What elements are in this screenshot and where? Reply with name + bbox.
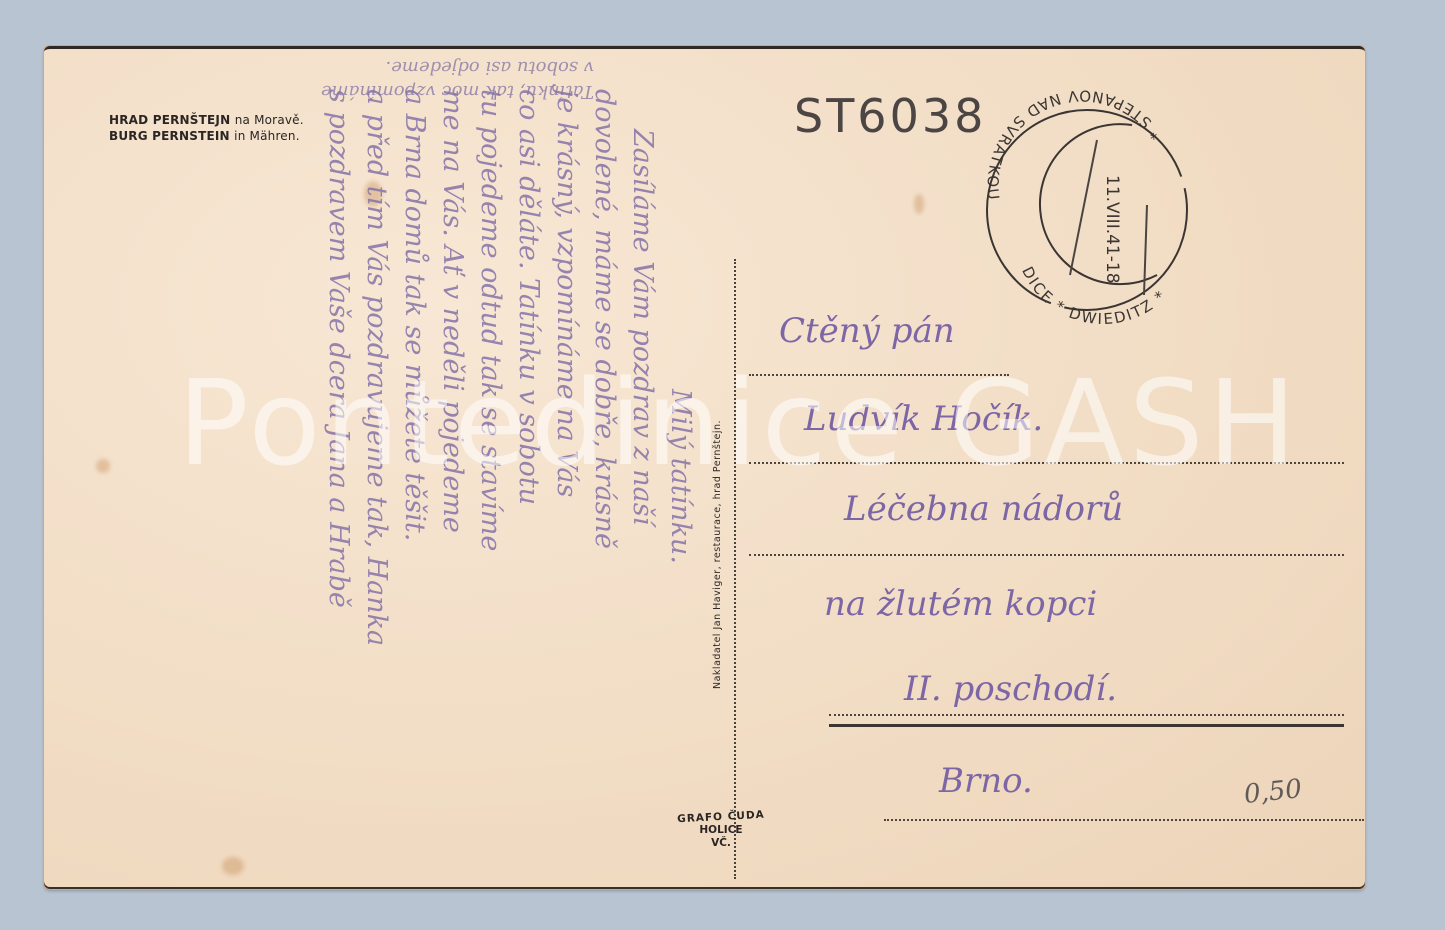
postmark-icon: * STEPANOV NAD SVRATKOU DICE * DWIEDITZ … [982,105,1192,315]
stock-number: ST6038 [794,89,986,143]
address-dotted-line [884,819,1364,821]
price-note: 0,50 [1243,774,1304,810]
address-street: na žlutém kopci [824,584,1097,624]
address-floor: II. poschodí. [904,669,1117,709]
svg-text:* STEPANOV NAD SVRATKOU: * STEPANOV NAD SVRATKOU [984,87,1166,203]
vertical-divider [734,259,736,879]
address-dotted-line [829,714,1344,716]
address-salutation: Ctěný pán [779,311,955,351]
svg-text:DICE * DWIEDITZ *: DICE * DWIEDITZ * [1018,264,1170,328]
address-city: Brno. [939,761,1033,801]
address-dotted-line [749,554,1344,556]
postmark-date: 11.VIII.41-18 [1102,175,1122,284]
postmark-stamp: * STEPANOV NAD SVRATKOU DICE * DWIEDITZ … [982,105,1192,315]
watermark: Pontedinice GASH [94,354,1365,492]
stain [914,194,924,214]
printer-region: VČ. [656,837,786,850]
note-line: v sobotu asi odjedeme. [124,55,594,79]
postcard-back: HRAD PERNŠTEJN na Moravě. BURG PERNSTEIN… [44,46,1365,889]
address-solid-line [829,724,1344,727]
address-institution: Léčebna nádorů [844,489,1123,529]
printer-mark: GRAFO ČUDA HOLICE VČ. [656,811,786,850]
